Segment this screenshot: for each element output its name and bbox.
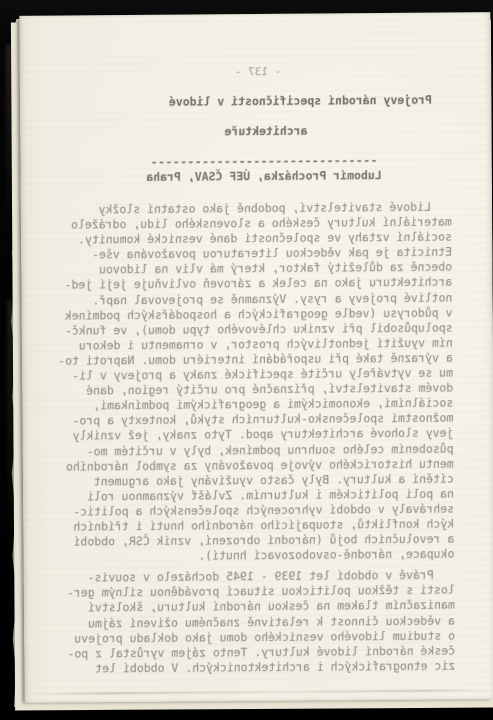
author-line: Lubomír Procházka, ÚEF ČSAV, Praha: [66, 167, 463, 185]
document-title: Projevy národní specifičnosti v lidové a…: [102, 92, 493, 155]
page-number: - 137 -: [60, 63, 457, 80]
body-text: Lidové stavitelství, podobně jako ostatn…: [55, 199, 456, 676]
body-paragraph-1: Lidové stavitelství, podobně jako ostatn…: [55, 199, 455, 564]
text-column: - 137 - Projevy národní specifičnosti v …: [53, 12, 455, 676]
text-line: zic etnografických i architektonických. …: [58, 658, 455, 676]
scanned-page: - 137 - Projevy národní specifičnosti v …: [19, 12, 493, 703]
title-line-1: Projevy národní specifičnosti v lidové: [169, 93, 432, 109]
body-paragraph-2: Právě v období let 1939 - 1945 docházelo…: [58, 568, 456, 677]
text-line: okupace, národně-osvobozovací hnutí).: [58, 547, 455, 565]
photographed-book-page: - 137 - Projevy národní specifičnosti v …: [0, 0, 493, 720]
title-line-2: architektuře: [224, 124, 307, 139]
mirrored-text-layer: - 137 - Projevy národní specifičnosti v …: [19, 12, 493, 703]
